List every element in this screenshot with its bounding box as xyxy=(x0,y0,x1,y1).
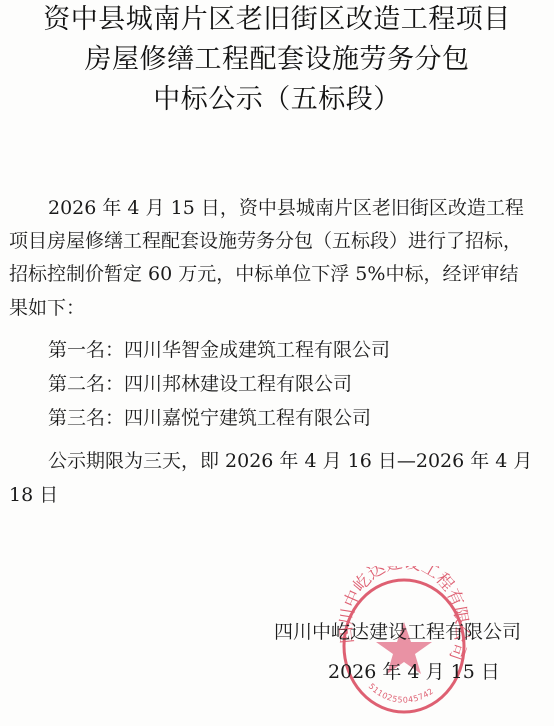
ranking-first: 第一名：四川华智金成建筑工程有限公司 xyxy=(48,338,390,362)
document-title-line-3: 中标公示（五标段） xyxy=(0,84,554,116)
document-title-line-2: 房屋修缮工程配套设施劳务分包 xyxy=(0,44,554,76)
paragraph-line: 2026 年 4 月 15 日，资中县城南片区老旧街区改造工程 xyxy=(48,196,524,220)
svg-text:四川中屹达建设工程有限公司: 四川中屹达建设工程有限公司 xyxy=(338,566,470,663)
document-title-line-1: 资中县城南片区老旧街区改造工程项目 xyxy=(0,4,554,36)
ranking-third: 第三名：四川嘉悦宁建筑工程有限公司 xyxy=(48,406,371,430)
signature-company: 四川中屹达建设工程有限公司 xyxy=(274,620,521,644)
paragraph-line: 果如下： xyxy=(9,296,85,320)
period-line: 18 日 xyxy=(9,483,58,507)
paragraph-line: 项目房屋修缮工程配套设施劳务分包（五标段）进行了招标， xyxy=(9,229,522,253)
svg-text:5110255045742: 5110255045742 xyxy=(367,682,436,705)
ranking-second: 第二名：四川邦林建设工程有限公司 xyxy=(48,372,352,396)
paragraph-line: 招标控制价暂定 60 万元，中标单位下浮 5%中标，经评审结 xyxy=(9,262,518,286)
signature-date: 2026 年 4 月 15 日 xyxy=(328,660,500,684)
period-line: 公示期限为三天，即 2026 年 4 月 16 日—2026 年 4 月 xyxy=(48,449,532,473)
